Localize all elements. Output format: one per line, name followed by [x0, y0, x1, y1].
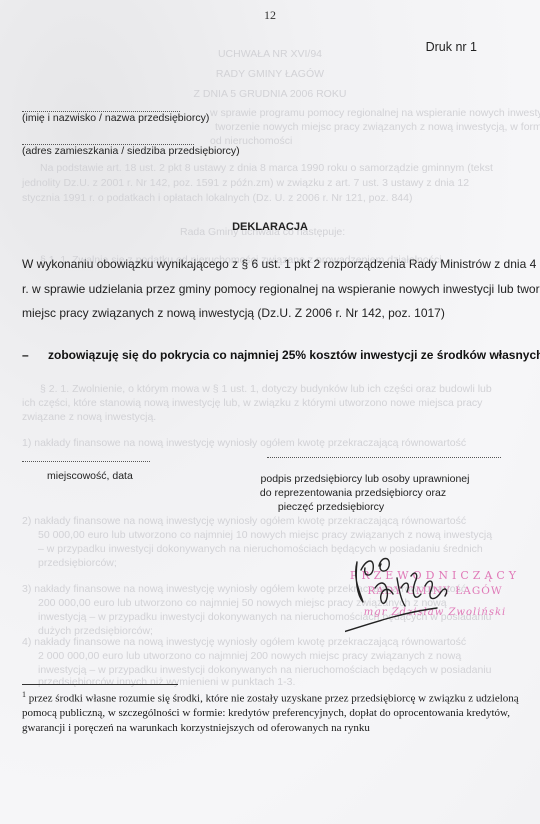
- commitment-statement: –zobowiązuję się do pokrycia co najmniej…: [22, 347, 540, 362]
- bleed-text: ich części, które stanowią nową inwestyc…: [22, 397, 482, 409]
- bleed-text: Na podstawie art. 18 ust. 2 pkt 8 ustawy…: [40, 162, 493, 174]
- signature-input-line[interactable]: [267, 457, 501, 458]
- body-line: W wykonaniu obowiązku wynikającego z § 6…: [22, 257, 540, 271]
- signature-caption-line: do reprezentowania przedsiębiorcy oraz: [228, 487, 478, 499]
- form-number: Druk nr 1: [426, 40, 477, 54]
- bleed-text: 2) nakłady finansowe na nową inwestycję …: [22, 515, 466, 527]
- document-page: UCHWAŁA NR XVI/94 RADY GMINY ŁAGÓW Z DNI…: [0, 0, 540, 824]
- footnote: 1 przez środki własne rozumie się środki…: [22, 688, 527, 735]
- handwritten-signature: [345, 550, 475, 640]
- document-title: DEKLARACJA: [0, 221, 540, 233]
- page-number: 12: [0, 8, 540, 23]
- footnote-separator: [22, 684, 178, 685]
- footnote-line: pomocą publiczną, w szczególności w form…: [22, 706, 527, 721]
- bleed-text: inwestycją – w przypadku inwestycji doko…: [38, 664, 492, 676]
- bleed-text: RADY GMINY ŁAGÓW: [0, 68, 540, 80]
- commitment-text: zobowiązuję się do pokrycia co najmniej …: [48, 348, 540, 362]
- bleed-text: 50 000,00 euro lub utworzono co najmniej…: [38, 529, 492, 541]
- bleed-text: przedsiębiorców innych niż wymienieni w …: [38, 676, 295, 688]
- footnote-marker: 1: [22, 690, 26, 699]
- bleed-text: § 2. 1. Zwolnienie, o którym mowa w § 1 …: [40, 383, 492, 395]
- footnote-line: gwarancji i poręczeń na warunkach korzys…: [22, 721, 527, 736]
- bleed-text: stycznia 1991 r. o podatkach i opłatach …: [22, 192, 412, 204]
- place-date-caption: miejscowość, data: [47, 470, 133, 482]
- bleed-text: jednolity Dz.U. z 2001 r. Nr 142, poz. 1…: [22, 177, 469, 189]
- bleed-text: tworzenie nowych miejsc pracy związanych…: [215, 121, 540, 133]
- bullet-dash: –: [22, 348, 48, 362]
- bleed-text: Z DNIA 5 GRUDNIA 2006 ROKU: [0, 88, 540, 100]
- body-line: r. w sprawie udzielania przez gminy pomo…: [22, 282, 540, 296]
- place-date-input-line[interactable]: [22, 461, 150, 462]
- signature-caption-line: podpis przedsiębiorcy lub osoby uprawnio…: [240, 473, 490, 485]
- signature-caption-line: pieczęć przedsiębiorcy: [206, 501, 456, 513]
- name-caption: (imię i nazwisko / nazwa przedsiębiorcy): [22, 112, 209, 124]
- bleed-text: w sprawie programu pomocy regionalnej na…: [210, 107, 540, 119]
- footnote-line: przez środki własne rozumie się środki, …: [29, 693, 519, 705]
- bleed-text: 2 000 000,00 euro lub utworzono co najmn…: [38, 650, 461, 662]
- address-caption: (adres zamieszkania / siedziba przedsięb…: [22, 145, 240, 157]
- bleed-text: przedsiębiorców;: [38, 557, 117, 569]
- bleed-text: 1) nakłady finansowe na nową inwestycję …: [22, 437, 466, 449]
- bleed-text: związane z nową inwestycją.: [22, 411, 156, 423]
- body-line: miejsc pracy związanych z nową inwestycj…: [22, 306, 445, 320]
